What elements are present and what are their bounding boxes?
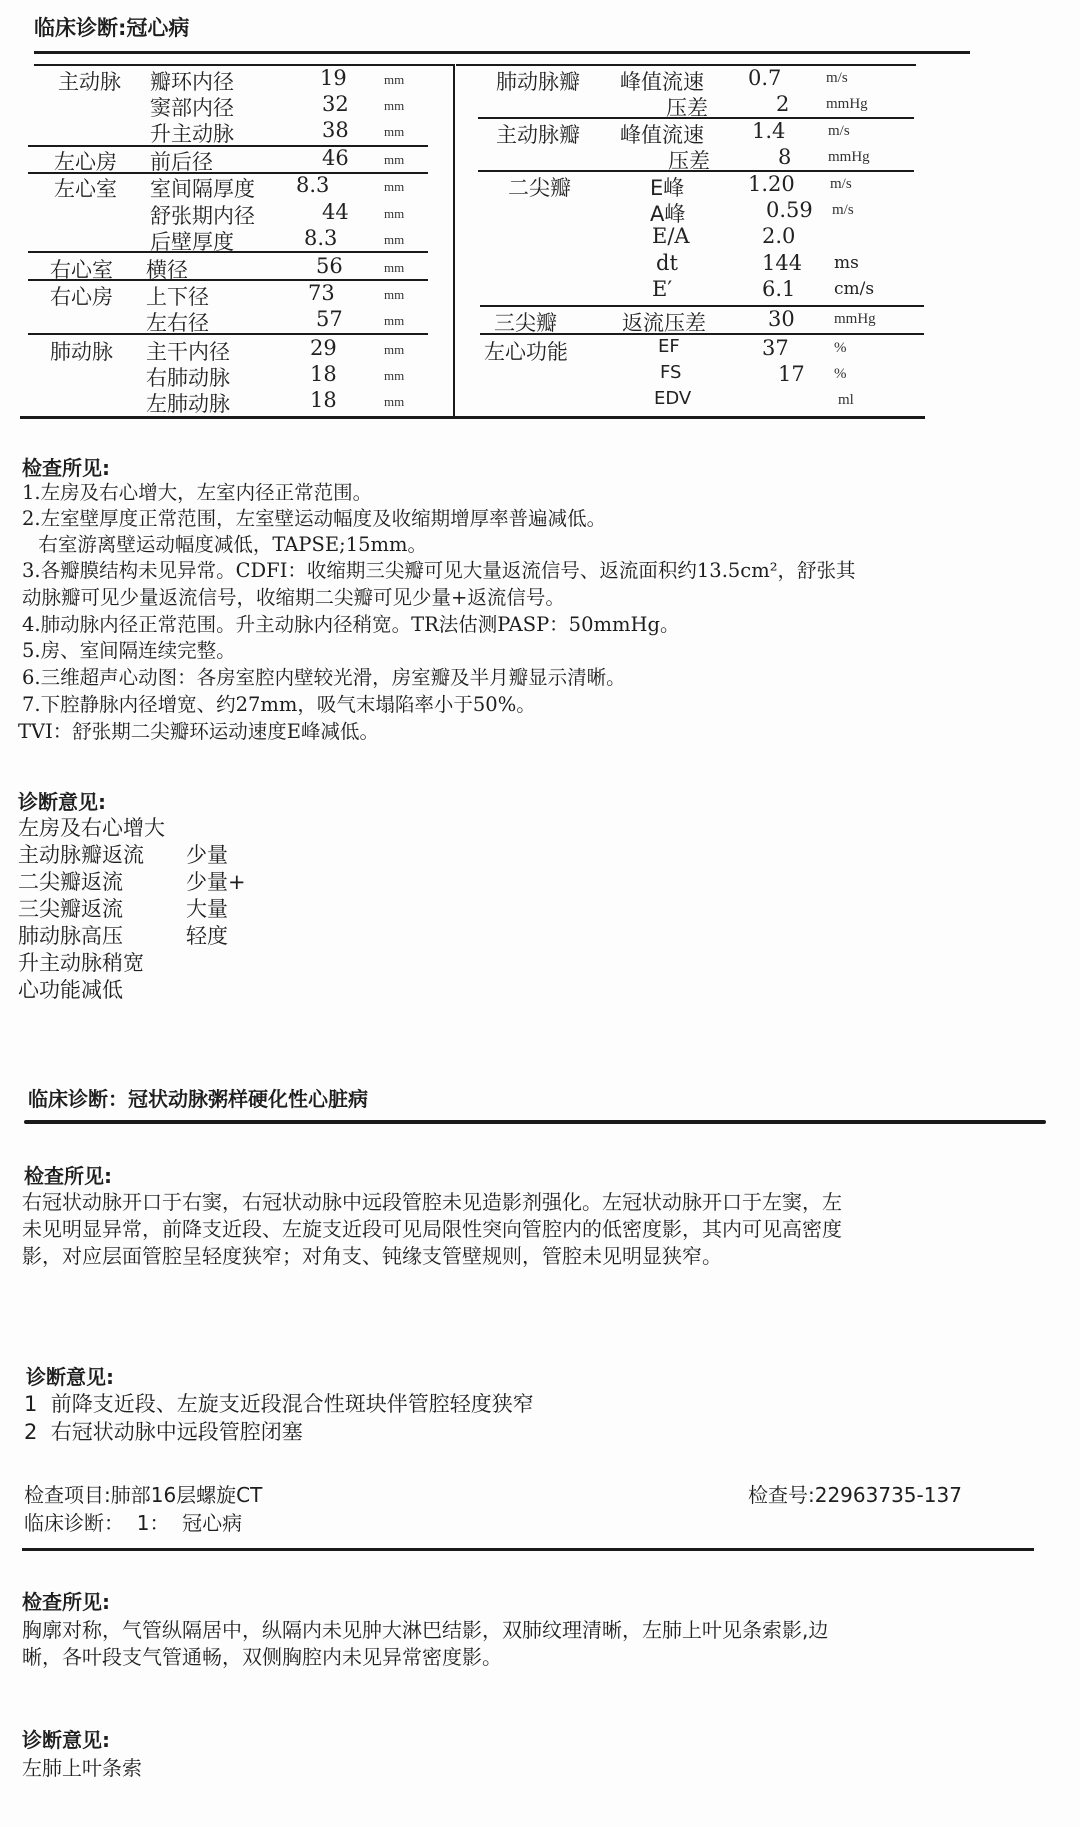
item-label: 左右径 (146, 307, 209, 337)
exam-item: 检查项目:肺部16层螺旋CT (24, 1479, 262, 1508)
unit: m/s (832, 202, 854, 219)
diagnosis-label: 升主动脉稍宽 (18, 947, 144, 977)
value: 56 (316, 254, 343, 278)
value: 73 (308, 281, 335, 305)
group-label: 右心房 (50, 281, 113, 311)
group-label: 左心功能 (484, 336, 568, 366)
value: 18 (310, 362, 337, 386)
group-label: 二尖瓣 (508, 172, 571, 202)
diagnosis-degree: 轻度 (186, 920, 228, 950)
group-label: 右心室 (50, 254, 113, 284)
header-rule (34, 51, 970, 54)
finding-line: 1.左房及右心增大，左室内径正常范围。 (22, 477, 372, 505)
value: 2.0 (762, 224, 795, 248)
unit: mmHg (828, 149, 870, 166)
diagnosis-line: 左肺上叶条索 (22, 1752, 142, 1781)
diagnosis-line: 2 右冠状动脉中远段管腔闭塞 (24, 1416, 303, 1446)
group-label: 左心房 (54, 146, 117, 176)
finding-line: 2.左室壁厚度正常范围，左室壁运动幅度及收缩期增厚率普遍减低。 (22, 503, 606, 531)
group-label: 左心室 (54, 173, 117, 203)
left-table-rule (28, 333, 428, 335)
unit: mmHg (826, 96, 868, 113)
item-label: 横径 (146, 254, 188, 284)
exam-number: 检查号:22963735-137 (748, 1479, 962, 1508)
diagnosis-label: 三尖瓣返流 (18, 893, 123, 923)
value: 8.3 (304, 226, 337, 250)
clinical-diagnosis-title: 临床诊断：冠状动脉粥样硬化性心脏病 (28, 1083, 368, 1112)
item-label: 返流压差 (622, 307, 706, 337)
unit: m/s (826, 70, 848, 87)
value: 1.20 (748, 172, 795, 196)
item-label: FS (660, 362, 681, 383)
table-divider (453, 64, 455, 418)
finding-line: 右室游离壁运动幅度减低，TAPSE;15mm。 (26, 529, 427, 557)
item-label: E′ (652, 277, 672, 301)
value: 37 (762, 336, 789, 360)
unit: mm (384, 98, 404, 114)
unit: m/s (830, 176, 852, 193)
item-label: EF (658, 336, 680, 357)
item-label: 左肺动脉 (146, 388, 230, 418)
header-rule (24, 1120, 1046, 1124)
item-label: 压差 (668, 145, 710, 175)
value: 30 (768, 307, 795, 331)
value: 29 (310, 336, 337, 360)
diagnosis-label: 左房及右心增大 (18, 812, 165, 842)
finding-line: 右冠状动脉开口于右窦，右冠状动脉中远段管腔未见造影剂强化。左冠状动脉开口于左窦，… (22, 1186, 842, 1215)
unit: mm (384, 206, 404, 222)
finding-line: 3.各瓣膜结构未见异常。CDFI：收缩期三尖瓣可见大量返流信号、返流面积约13.… (22, 555, 856, 583)
value: 0.59 (766, 198, 813, 222)
unit: % (834, 340, 847, 357)
item-label: 压差 (666, 92, 708, 122)
finding-line: 6.三维超声心动图：各房室腔内壁较光滑，房室瓣及半月瓣显示清晰。 (22, 662, 626, 690)
unit: mm (384, 124, 404, 140)
unit: mm (384, 287, 404, 303)
value: 57 (316, 307, 343, 331)
unit: mm (384, 342, 404, 358)
item-label: dt (656, 251, 678, 275)
finding-line: 未见明显异常，前降支近段、左旋支近段可见局限性突向管腔内的低密度影，其内可见高密… (22, 1213, 842, 1242)
unit: ms (834, 253, 859, 273)
finding-line: TVI：舒张期二尖瓣环运动速度E峰减低。 (18, 716, 379, 744)
value: 38 (322, 118, 349, 142)
diagnosis-degree: 少量+ (186, 866, 246, 896)
group-label: 三尖瓣 (494, 307, 557, 337)
diagnosis-label: 肺动脉高压 (18, 920, 123, 950)
diagnosis-label: 主动脉瓣返流 (18, 839, 144, 869)
unit: mm (384, 313, 404, 329)
finding-line: 7.下腔静脉内径增宽、约27mm，吸气末塌陷率小于50%。 (22, 689, 536, 717)
finding-line: 胸廓对称，气管纵隔居中，纵隔内未见肿大淋巴结影，双肺纹理清晰，左肺上叶见条索影,… (22, 1614, 828, 1643)
diagnosis-heading: 诊断意见: (22, 1724, 110, 1753)
unit: % (834, 366, 847, 383)
diagnosis-label: 心功能减低 (18, 974, 123, 1004)
finding-line: 影，对应层面管腔呈轻度狭窄；对角支、钝缘支管壁规则，管腔未见明显狭窄。 (22, 1240, 722, 1269)
value: 8 (778, 145, 791, 169)
unit: ml (838, 392, 854, 409)
unit: mm (384, 260, 404, 276)
group-label: 肺动脉 (50, 336, 113, 366)
finding-line: 晰，各叶段支气管通畅，双侧胸腔内未见异常密度影。 (22, 1641, 502, 1670)
diagnosis-degree: 大量 (186, 893, 228, 923)
diagnosis-line: 1 前降支近段、左旋支近段混合性斑块伴管腔轻度狭窄 (24, 1388, 534, 1418)
value: 2 (776, 92, 789, 116)
clinical-diagnosis: 临床诊断： 1： 冠心病 (24, 1507, 242, 1536)
unit: mm (384, 179, 404, 195)
diagnosis-heading: 诊断意见: (18, 786, 106, 815)
item-label: 升主动脉 (150, 118, 234, 148)
item-label: EDV (654, 388, 691, 409)
unit: mmHg (834, 311, 876, 328)
unit: mm (384, 72, 404, 88)
diagnosis-degree: 少量 (186, 839, 228, 869)
findings-heading: 检查所见: (24, 1160, 112, 1189)
item-label: 后壁厚度 (150, 226, 234, 256)
diagnosis-label: 二尖瓣返流 (18, 866, 123, 896)
item-label: 前后径 (150, 146, 213, 176)
value: 32 (322, 92, 349, 116)
group-label: 主动脉 (58, 66, 121, 96)
value: 19 (320, 66, 347, 90)
finding-line: 4.肺动脉内径正常范围。升主动脉内径稍宽。TR法估测PASP：50mmHg。 (22, 609, 679, 637)
group-label: 肺动脉瓣 (496, 66, 580, 96)
unit: mm (384, 394, 404, 410)
clinical-diagnosis-title: 临床诊断:冠心病 (34, 12, 189, 42)
unit: cm/s (834, 279, 874, 299)
value: 18 (310, 388, 337, 412)
finding-line: 5.房、室间隔连续完整。 (22, 635, 236, 663)
value: 44 (322, 200, 349, 224)
value: 46 (322, 146, 349, 170)
unit: mm (384, 232, 404, 248)
value: 0.7 (748, 66, 781, 90)
header-rule (22, 1548, 1034, 1551)
value: 17 (778, 362, 805, 386)
unit: m/s (828, 123, 850, 140)
item-label: E/A (652, 224, 690, 248)
item-label: 室间隔厚度 (150, 173, 255, 203)
value: 6.1 (762, 277, 795, 301)
findings-heading: 检查所见: (22, 1586, 110, 1615)
diagnosis-heading: 诊断意见: (26, 1361, 114, 1390)
unit: mm (384, 368, 404, 384)
value: 8.3 (296, 173, 329, 197)
value: 144 (762, 251, 802, 275)
group-label: 主动脉瓣 (496, 119, 580, 149)
unit: mm (384, 152, 404, 168)
value: 1.4 (752, 119, 785, 143)
finding-line: 动脉瓣可见少量返流信号，收缩期二尖瓣可见少量+返流信号。 (22, 582, 565, 610)
